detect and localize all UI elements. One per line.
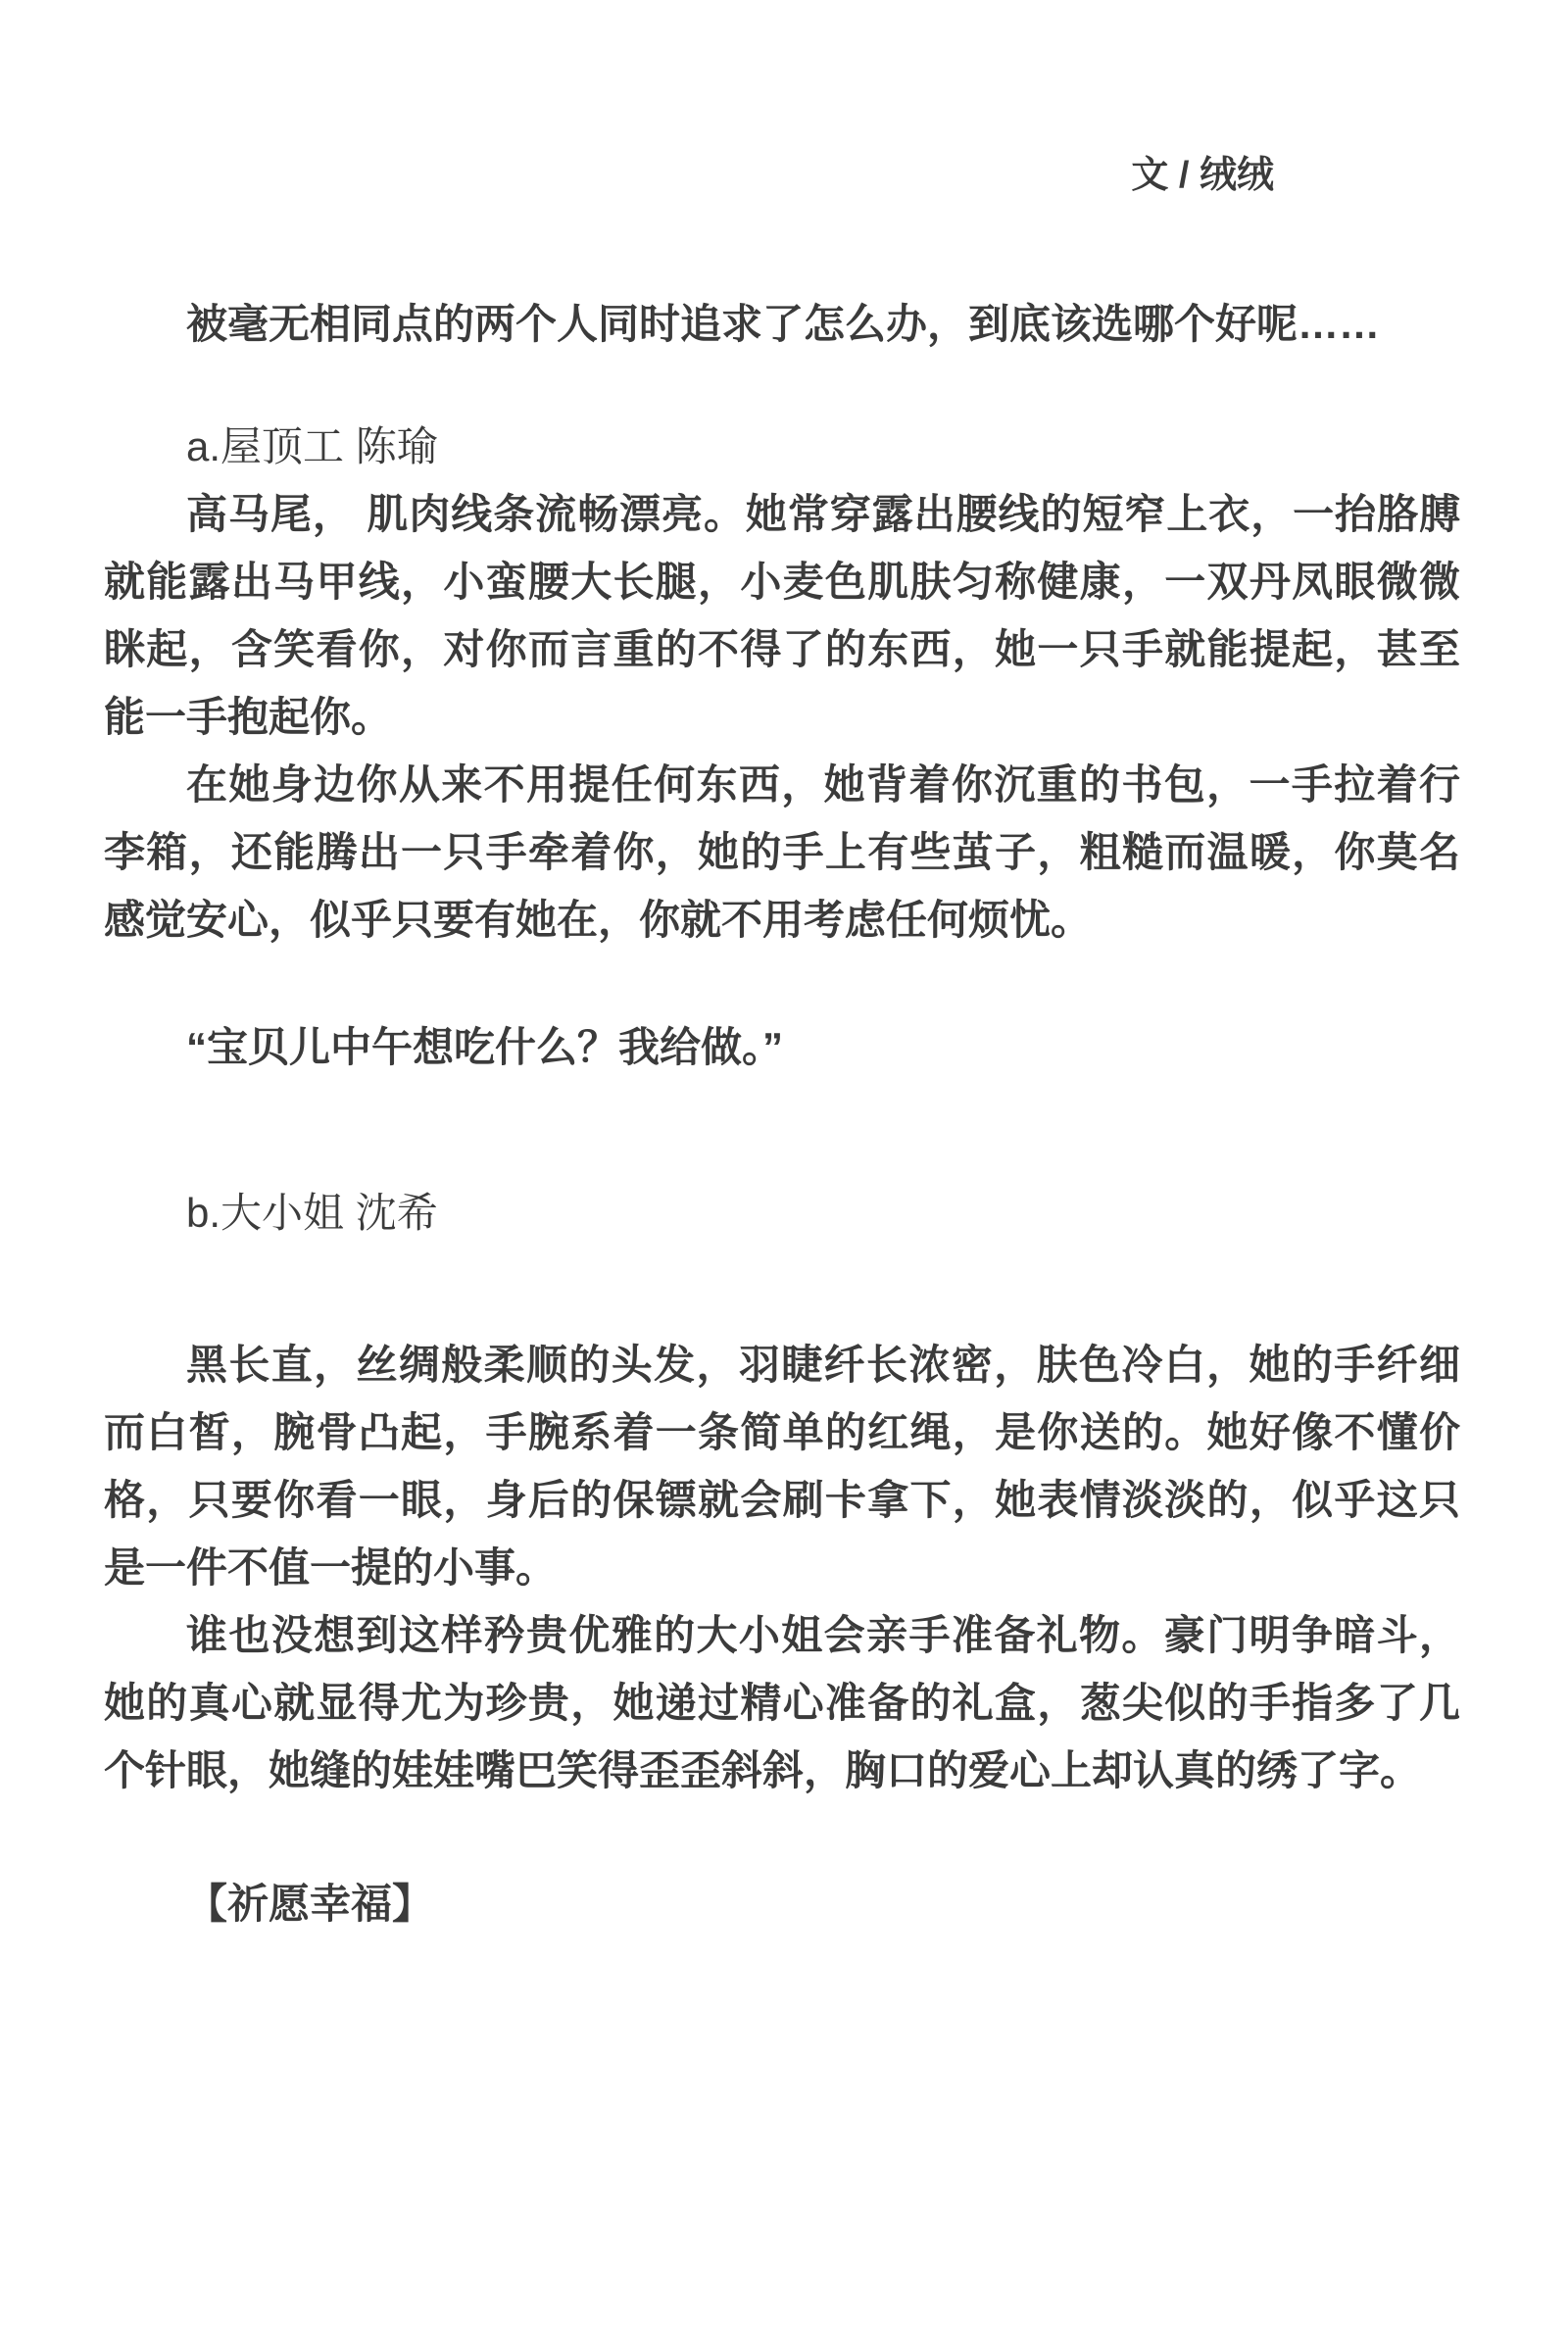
section-a-paragraph-2: 在她身边你从来不用提任何东西，她背着你沉重的书包，一手拉着行李箱，还能腾出一只手… [104,751,1460,954]
section-a-dialogue-quote: “宝贝儿中午想吃什么？我给做。” [104,1013,1460,1081]
document-page: 文 / 绒绒 被毫无相同点的两个人同时追求了怎么办，到底该选哪个好呢…… a.屋… [0,0,1568,2352]
section-b-paragraph-1: 黑长直，丝绸般柔顺的头发，羽睫纤长浓密，肤色冷白，她的手纤细而白皙，腕骨凸起，手… [104,1331,1460,1601]
section-a-paragraph-1: 高马尾， 肌肉线条流畅漂亮。她常穿露出腰线的短窄上衣，一抬胳膊就能露出马甲线，小… [104,480,1460,751]
section-a-heading: a.屋顶工 陈瑜 [104,413,1460,480]
section-b-heading: b.大小姐 沈希 [104,1179,1460,1247]
author-byline: 文 / 绒绒 [104,142,1460,210]
intro-paragraph: 被毫无相同点的两个人同时追求了怎么办，到底该选哪个好呢…… [104,290,1460,358]
section-b-paragraph-2: 谁也没想到这样矜贵优雅的大小姐会亲手准备礼物。豪门明争暗斗，她的真心就显得尤为珍… [104,1601,1460,1804]
embroidery-text: 【祈愿幸福】 [104,1870,1460,1937]
